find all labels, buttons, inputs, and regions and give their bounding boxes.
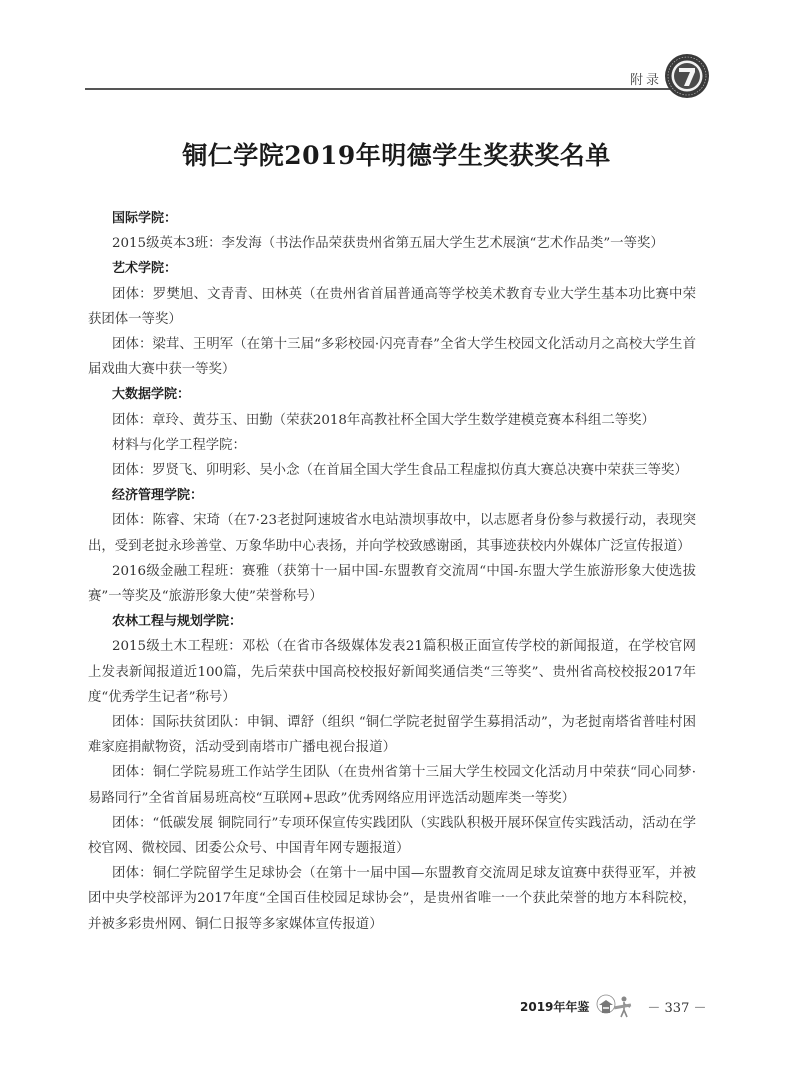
college-heading: 材料与化学工程学院： bbox=[88, 433, 696, 458]
university-seal-icon bbox=[664, 53, 710, 99]
award-entry: 团体：“低碳发展 铜院同行”专项环保宣传实践团队（实践队积极开展环保宣传实践活动… bbox=[88, 811, 696, 861]
college-heading: 艺术学院： bbox=[88, 256, 696, 281]
award-list: 国际学院： 2015级英本3班：李发海（书法作品荣获贵州省第五届大学生艺术展演“… bbox=[88, 206, 696, 937]
reading-figure-icon bbox=[595, 993, 637, 1019]
award-entry: 团体：国际扶贫团队：申铜、谭舒（组织 “铜仁学院老挝留学生募捐活动”，为老挝南塔… bbox=[88, 710, 696, 760]
college-heading: 大数据学院： bbox=[88, 382, 696, 407]
award-entry: 团体：铜仁学院留学生足球协会（在第十一届中国—东盟教育交流周足球友谊赛中获得亚军… bbox=[88, 861, 696, 937]
yearbook-label: 2019年年鉴 bbox=[520, 998, 589, 1015]
award-entry: 团体：章玲、黄芬玉、田勤（荣获2018年高教社杯全国大学生数学建模竞赛本科组二等… bbox=[88, 408, 696, 433]
page-number: － 337 － bbox=[647, 997, 706, 1016]
award-entry: 2016级金融工程班：赛雅（获第十一届中国-东盟教育交流周“中国-东盟大学生旅游… bbox=[88, 559, 696, 609]
college-heading: 农林工程与规划学院： bbox=[88, 609, 696, 634]
award-entry: 2015级土木工程班：邓松（在省市各级媒体发表21篇积极正面宣传学校的新闻报道，… bbox=[88, 634, 696, 710]
award-entry: 团体：梁茸、王明军（在第十三届“多彩校园·闪亮青春”全省大学生校园文化活动月之高… bbox=[88, 332, 696, 382]
award-entry: 团体：罗贤飞、卯明彩、吴小念（在首届全国大学生食品工程虚拟仿真大赛总决赛中荣获三… bbox=[88, 458, 696, 483]
award-entry: 团体：铜仁学院易班工作站学生团队（在贵州省第十三届大学生校园文化活动月中荣获“同… bbox=[88, 760, 696, 810]
award-entry: 2015级英本3班：李发海（书法作品荣获贵州省第五届大学生艺术展演“艺术作品类”… bbox=[88, 231, 696, 256]
page-footer: 2019年年鉴 － 337 － bbox=[520, 994, 706, 1018]
award-entry: 团体：陈睿、宋琦（在7·23老挝阿速坡省水电站溃坝事故中，以志愿者身份参与救援行… bbox=[88, 508, 696, 558]
award-entry: 团体：罗樊旭、文青青、田林英（在贵州省首届普通高等学校美术教育专业大学生基本功比… bbox=[88, 282, 696, 332]
header-rule bbox=[85, 88, 675, 90]
college-heading: 国际学院： bbox=[88, 206, 696, 231]
college-heading: 经济管理学院： bbox=[88, 483, 696, 508]
page-title: 铜仁学院2019年明德学生奖获奖名单 bbox=[0, 136, 793, 172]
section-label: 附录 bbox=[630, 69, 662, 88]
